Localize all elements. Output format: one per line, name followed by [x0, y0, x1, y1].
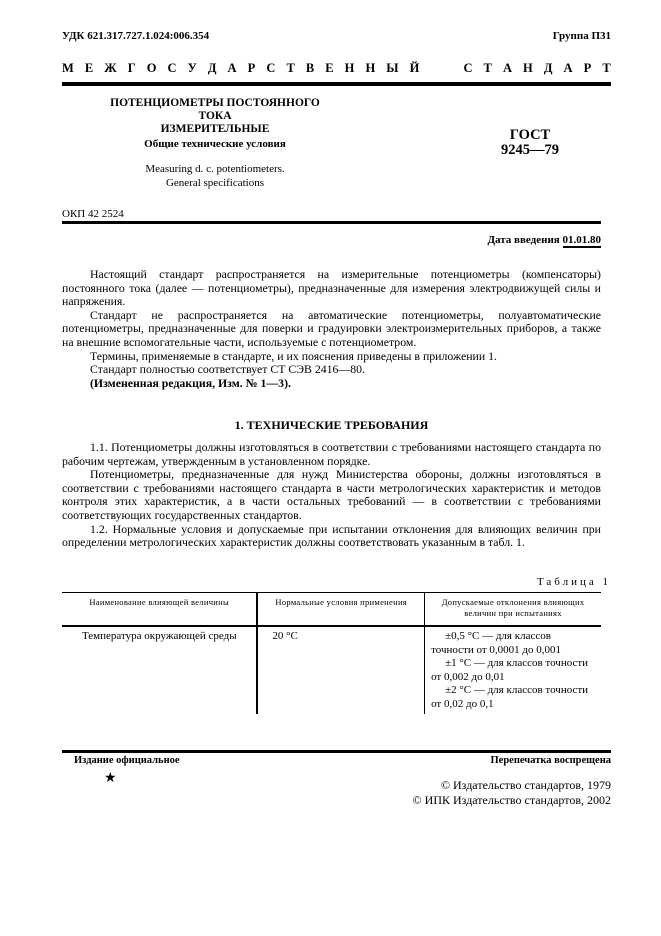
footer-divider [62, 750, 611, 753]
copyright-line: © ИПК Издательство стандартов, 2002 [413, 793, 611, 808]
gost-designation: ГОСТ 9245—79 [470, 128, 590, 158]
banner-letter: Д [208, 61, 217, 76]
table-cell-deviations: ±0,5 °C — для классов точности от 0,0001… [425, 626, 601, 714]
header-divider [62, 82, 611, 86]
banner-letter: Н [523, 61, 533, 76]
intro-paragraph: Стандарт полностью соответствует СТ СЭВ … [62, 363, 601, 377]
banner-letter: А [564, 61, 573, 76]
date-value: 01.01.80 [563, 234, 602, 248]
section-heading: 1. ТЕХНИЧЕСКИЕ ТРЕБОВАНИЯ [62, 418, 601, 433]
reprint-notice: Перепечатка воспрещена [491, 755, 611, 766]
amendment-note: (Измененная редакция, Изм. № 1—3). [62, 377, 601, 391]
okp-code: ОКП 42 2524 [62, 208, 124, 220]
banner-word-gap [430, 61, 452, 76]
document-title: ПОТЕНЦИОМЕТРЫ ПОСТОЯННОГО ТОКА ИЗМЕРИТЕЛ… [110, 97, 320, 136]
table-header-row: Наименование влияющей величины Нормальны… [62, 593, 601, 627]
banner-letter: М [62, 61, 74, 76]
banner-letter: Т [286, 61, 294, 76]
banner-letter: Е [325, 61, 333, 76]
date-label: Дата введения [487, 234, 559, 246]
banner-letter: У [188, 61, 197, 76]
gost-label: ГОСТ [470, 128, 590, 143]
title-line-2: ИЗМЕРИТЕЛЬНЫЕ [110, 123, 320, 136]
banner-letter: Т [484, 61, 492, 76]
banner-letter: С [168, 61, 177, 76]
table-caption: Таблица 1 [537, 576, 611, 588]
english-title: Measuring d. c. potentiometers. General … [110, 162, 320, 190]
gost-number: 9245—79 [470, 143, 590, 158]
cell-text: ±0,5 °C — для классов точности от 0,0001… [431, 630, 595, 657]
english-title-line-1: Measuring d. c. potentiometers. [110, 162, 320, 176]
banner-letter: Р [584, 61, 592, 76]
column-header: Нормальные условия применения [257, 593, 424, 627]
copyright-line: © Издательство стандартов, 1979 [413, 778, 611, 793]
title-line-1: ПОТЕНЦИОМЕТРЫ ПОСТОЯННОГО ТОКА [110, 97, 320, 123]
document-subtitle: Общие технические условия [110, 138, 320, 150]
title-divider [62, 221, 601, 224]
banner-letter: Й [410, 61, 420, 76]
table-row: Температура окружающей среды 20 °C ±0,5 … [62, 626, 601, 714]
cell-text: ±1 °C — для классов точности от 0,002 до… [431, 657, 595, 684]
column-header: Допускаемые отклонения влияющих величин … [425, 593, 601, 627]
copyright-block: © Издательство стандартов, 1979 © ИПК Из… [413, 778, 611, 808]
section-1-body: 1.1. Потенциометры должны изготовляться … [62, 441, 601, 550]
banner-letter: Г [128, 61, 136, 76]
banner-letter: Н [365, 61, 375, 76]
star-icon: ★ [104, 770, 117, 787]
official-edition: Издание официальное [74, 755, 180, 766]
clause-1-2: 1.2. Нормальные условия и допускаемые пр… [62, 523, 601, 550]
udk-code: УДК 621.317.727.1.024:006.354 [62, 30, 209, 42]
cell-text: Температура окружающей среды [68, 630, 250, 644]
column-header: Наименование влияющей величины [62, 593, 257, 627]
banner-letter: Д [544, 61, 553, 76]
banner-letter: А [228, 61, 237, 76]
table-cell-normal: 20 °C [257, 626, 424, 714]
intro-paragraph: Настоящий стандарт распространяется на и… [62, 268, 601, 309]
banner-letter: В [306, 61, 314, 76]
table-1: Наименование влияющей величины Нормальны… [62, 592, 601, 714]
clause-1-1-defense: Потенциометры, предназначенные для нужд … [62, 468, 601, 522]
banner-letter: Н [345, 61, 355, 76]
cell-text: ±2 °C — для классов точности от 0,02 до … [431, 684, 595, 711]
table-cell-name: Температура окружающей среды [62, 626, 257, 714]
intro-paragraph: Стандарт не распространяется на автомати… [62, 309, 601, 350]
banner-letter: Т [602, 61, 610, 76]
introduction-date: Дата введения 01.01.80 [487, 234, 601, 246]
banner-letter: О [147, 61, 157, 76]
cell-text: 20 °C [264, 630, 298, 642]
interstate-standard-banner: М Е Ж Г О С У Д А Р С Т В Е Н Н Ы Й С Т … [62, 61, 611, 76]
banner-letter: Е [85, 61, 93, 76]
group-code: Группа П31 [553, 30, 611, 42]
banner-letter: А [503, 61, 512, 76]
banner-letter: Р [248, 61, 256, 76]
intro-paragraph: Термины, применяемые в стандарте, и их п… [62, 350, 601, 364]
banner-letter: С [463, 61, 472, 76]
banner-letter: Ы [386, 61, 398, 76]
english-title-line-2: General specifications [110, 176, 320, 190]
clause-1-1: 1.1. Потенциометры должны изготовляться … [62, 441, 601, 468]
banner-letter: С [266, 61, 275, 76]
banner-letter: Ж [104, 61, 116, 76]
intro-section: Настоящий стандарт распространяется на и… [62, 268, 601, 390]
